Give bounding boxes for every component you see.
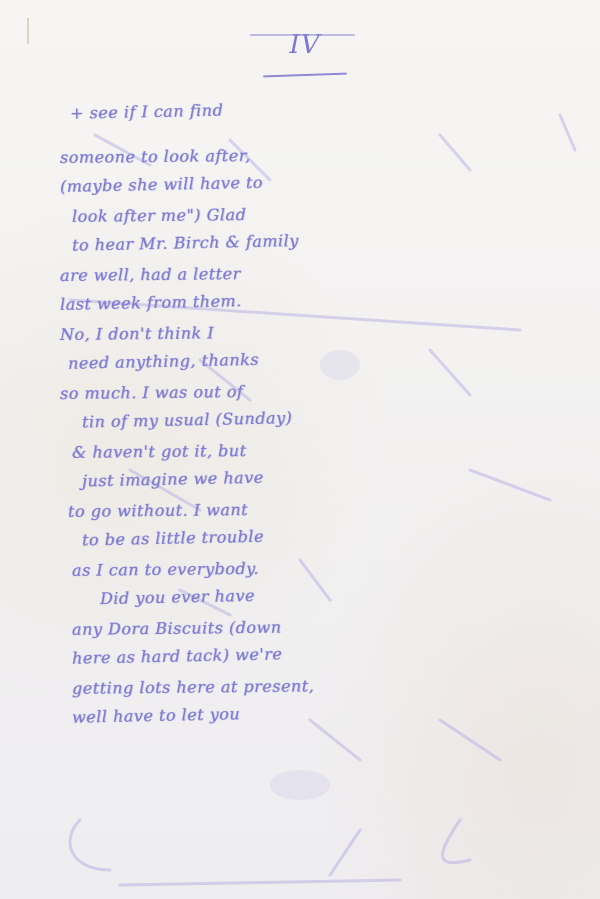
- ink-smudge: [270, 770, 330, 800]
- handwritten-line: + see if I can find: [60, 81, 591, 136]
- letter-body: + see if I can find someone to look afte…: [60, 92, 590, 740]
- letter-page: IV + see if I can find someone to look a…: [0, 0, 600, 899]
- page-number: IV: [255, 30, 355, 60]
- paper-fold-mark: [27, 18, 29, 44]
